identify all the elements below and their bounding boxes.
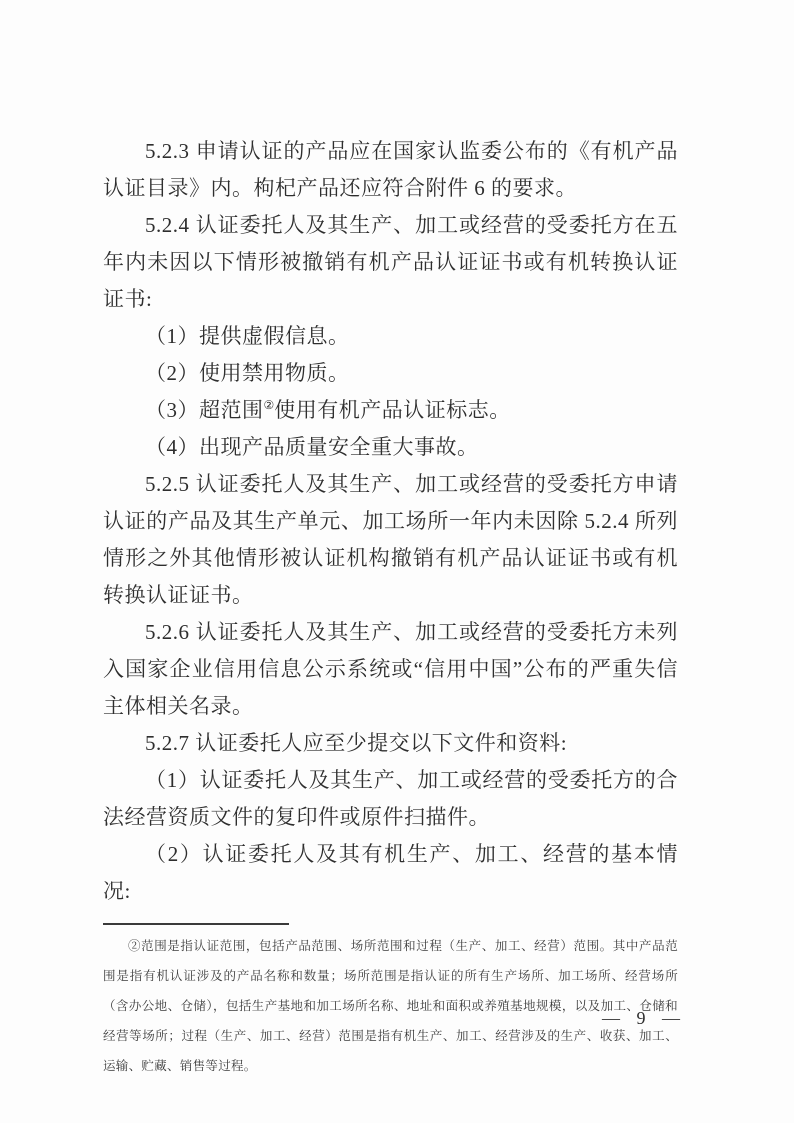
clause-5-2-4-item-2: （2）使用禁用物质。 [103,355,678,392]
document-page: 5.2.3 申请认证的产品应在国家认监委公布的《有机产品认证目录》内。枸杞产品还… [0,0,794,1123]
footnote-text: ②范围是指认证范围，包括产品范围、场所范围和过程（生产、加工、经营）范围。其中产… [103,931,678,1081]
clause-5-2-4: 5.2.4 认证委托人及其生产、加工或经营的受委托方在五年内未因以下情形被撤销有… [103,207,678,318]
body-text: 5.2.3 申请认证的产品应在国家认监委公布的《有机产品认证目录》内。枸杞产品还… [103,133,678,1081]
clause-5-2-5: 5.2.5 认证委托人及其生产、加工或经营的受委托方申请认证的产品及其生产单元、… [103,466,678,614]
footnote-block: ②范围是指认证范围，包括产品范围、场所范围和过程（生产、加工、经营）范围。其中产… [103,923,678,1081]
clause-5-2-6: 5.2.6 认证委托人及其生产、加工或经营的受委托方未列入国家企业信用信息公示系… [103,614,678,725]
footnote-reference-mark: ② [264,398,275,412]
clause-5-2-7-item-2: （2）认证委托人及其有机生产、加工、经营的基本情况: [103,836,678,910]
clause-5-2-4-item-3: （3）超范围②使用有机产品认证标志。 [103,392,678,429]
page-number: — 9 — [602,1008,681,1029]
clause-5-2-4-item-4: （4）出现产品质量安全重大事故。 [103,429,678,466]
clause-5-2-7: 5.2.7 认证委托人应至少提交以下文件和资料: [103,725,678,762]
clause-5-2-4-item-1: （1）提供虚假信息。 [103,318,678,355]
clause-5-2-4-item-3-pre: （3）超范围 [145,398,264,422]
clause-5-2-3: 5.2.3 申请认证的产品应在国家认监委公布的《有机产品认证目录》内。枸杞产品还… [103,133,678,207]
clause-5-2-4-item-3-post: 使用有机产品认证标志。 [274,398,511,422]
clause-5-2-7-item-1: （1）认证委托人及其生产、加工或经营的受委托方的合法经营资质文件的复印件或原件扫… [103,762,678,836]
footnote-separator [103,923,289,925]
